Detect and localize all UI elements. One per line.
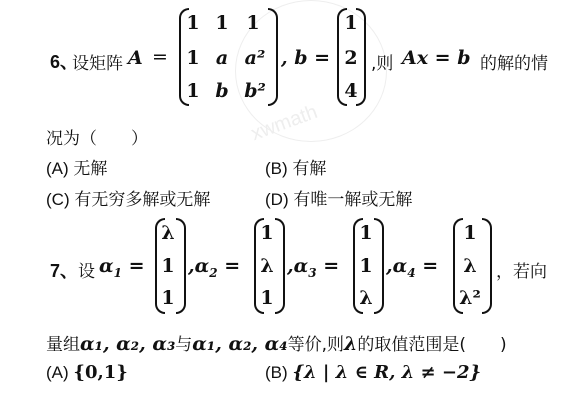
- vector-alpha2-label: ,α2 =: [188, 255, 240, 280]
- matrix-cell: 1: [178, 47, 208, 69]
- right-paren: [268, 8, 278, 106]
- matrix-cell: 1: [178, 80, 208, 102]
- matrix-cell: 1: [178, 12, 208, 34]
- vector-b-label: , b =: [281, 47, 330, 69]
- equals-sign: =: [152, 46, 168, 68]
- vector-entry: λ: [455, 255, 485, 277]
- matrix-cell: b²: [240, 80, 270, 102]
- option-a[interactable]: (A) {0,1}: [46, 362, 128, 383]
- option-c[interactable]: (C) 有无穷多解或无解: [46, 185, 210, 210]
- option-a[interactable]: (A) 无解: [46, 154, 107, 179]
- right-paren: [275, 218, 285, 314]
- option-b[interactable]: (B) {λ | λ ∈ R, λ ≠ −2}: [265, 362, 481, 383]
- then-text: ,则: [371, 49, 393, 74]
- vector-alpha4-label: ,α4 =: [386, 255, 438, 280]
- question-tail: 的解的情: [480, 49, 548, 74]
- matrix-cell: a²: [240, 47, 270, 69]
- right-paren: [176, 218, 186, 314]
- vector-alpha1-label: α1 =: [99, 255, 145, 280]
- matrix-cell: 1: [238, 12, 268, 34]
- matrix-label: A: [128, 47, 143, 69]
- right-paren: [482, 218, 492, 314]
- right-paren: [374, 218, 384, 314]
- vector-alpha3-label: ,α3 =: [287, 255, 339, 280]
- question-tail: ，若向: [496, 257, 547, 282]
- matrix-cell: a: [207, 47, 237, 69]
- vector-entry: 1: [455, 222, 485, 244]
- equation: Ax = b: [402, 47, 471, 69]
- matrix-cell: 1: [207, 12, 237, 34]
- question-line2: 况为（ ）: [46, 124, 148, 149]
- question-intro: 设: [78, 257, 95, 282]
- matrix-cell: b: [207, 80, 237, 102]
- option-b[interactable]: (B) 有解: [265, 154, 326, 179]
- question-line2: 量组α₁, α₂, α₃与α₁, α₂, α₄等价,则λ的取值范围是( ): [46, 330, 507, 355]
- vector-entry: λ²: [455, 287, 485, 309]
- right-paren: [356, 8, 366, 106]
- question-number: 7、: [50, 257, 78, 283]
- option-d[interactable]: (D) 有唯一解或无解: [265, 185, 412, 210]
- question-intro: 设矩阵: [72, 49, 123, 74]
